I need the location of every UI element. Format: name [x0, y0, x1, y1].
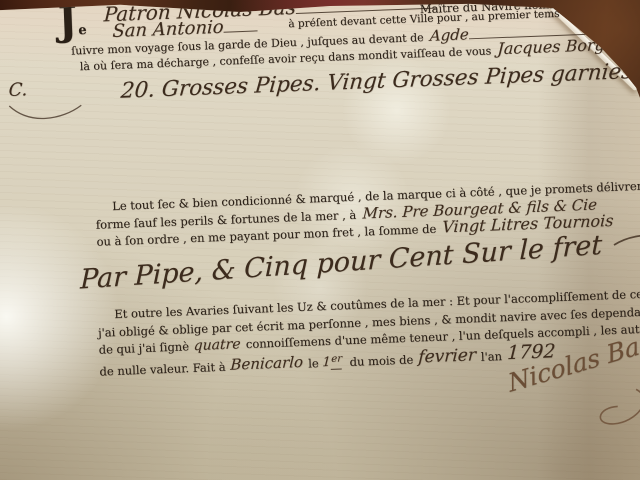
day-suffix: er [330, 350, 342, 369]
month-label: du mois de [349, 352, 413, 368]
made-at-clause: de nulle valeur. Fait à [99, 359, 226, 378]
document-text: Je Patron Nicolas Bas Maître du Navire n… [0, 0, 640, 480]
cargo-mark-flourish-icon [5, 97, 86, 126]
drop-cap-text: Je [57, 0, 87, 45]
signed-clause-a: de qui j'ai ſignè [98, 339, 189, 356]
signature-flourish-icon [567, 381, 640, 448]
copies-count: quatre [194, 336, 242, 355]
month-value: fevrier [418, 348, 477, 368]
le-label: le [308, 356, 319, 370]
cargo-mark: C. [8, 79, 28, 101]
year-label: l'an [481, 349, 503, 364]
document-sheet: Je Patron Nicolas Bas Maître du Navire n… [0, 0, 640, 480]
opening-drop-cap: Je [57, 0, 87, 45]
place-name: Benicarlo [230, 354, 304, 374]
shipper-name: Jacques Borgeire [497, 34, 637, 58]
photo-of-document: Je Patron Nicolas Bas Maître du Navire n… [0, 0, 640, 480]
ruled-line [224, 26, 258, 32]
margin-mark-line: C. [8, 79, 28, 101]
